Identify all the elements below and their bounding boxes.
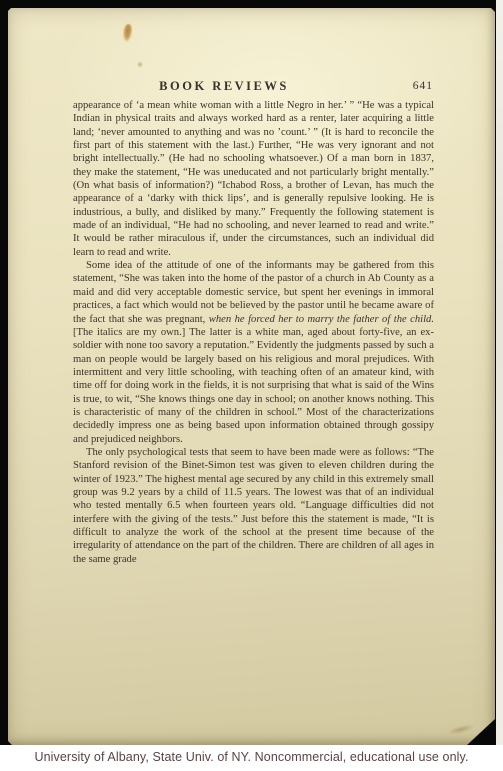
paper-stain <box>137 61 143 68</box>
caption-strip: University of Albany, State Univ. of NY.… <box>0 745 503 771</box>
scanned-book-page: BOOK REVIEWS 641 appearance of ‘a mean w… <box>8 8 495 745</box>
archive-caption: University of Albany, State Univ. of NY.… <box>0 750 503 764</box>
running-head: BOOK REVIEWS 641 <box>73 79 435 95</box>
photo-mat: BOOK REVIEWS 641 appearance of ‘a mean w… <box>0 0 503 745</box>
page-number: 641 <box>413 80 433 92</box>
paragraph-2-italic-phrase: when he forced her to marry the father o… <box>209 314 434 325</box>
scanned-document-view: { "scan": { "header": { "title": "BOOK R… <box>0 0 503 771</box>
paragraph-3: The only psychological tests that seem t… <box>73 446 434 566</box>
paragraph-1: appearance of ‘a mean white woman with a… <box>73 99 434 259</box>
page-title: BOOK REVIEWS <box>73 79 375 94</box>
paragraph-2: Some idea of the attitude of one of the … <box>73 259 434 446</box>
paper-smudge <box>448 723 475 736</box>
photo-edge-sliver <box>496 0 503 745</box>
paper-stain <box>122 23 133 42</box>
paragraph-2-rest: [The italics are my own.] The latter is … <box>73 327 434 445</box>
body-text-column: appearance of ‘a mean white woman with a… <box>73 99 434 566</box>
